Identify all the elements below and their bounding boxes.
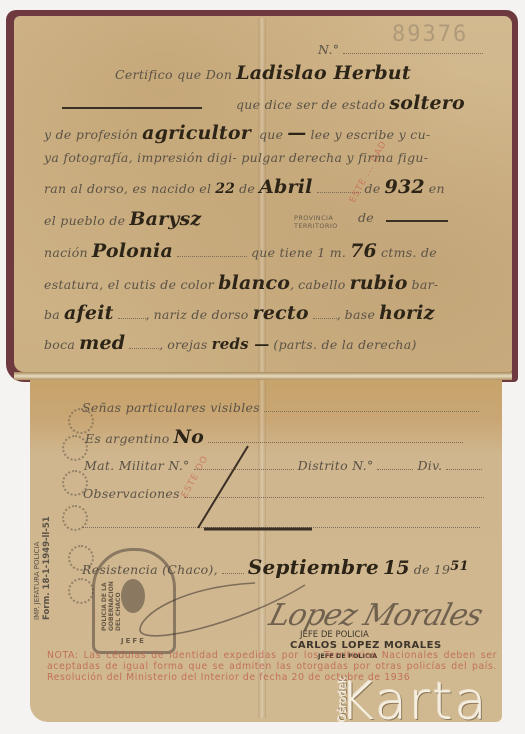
print-info: IMP. JEFATURA POLICIA Form. 18-1-1949-ll… (32, 500, 52, 620)
line-birth-date: ran al dorso, es nacido el 22 de Abril d… (44, 176, 525, 198)
strike-mark (190, 440, 320, 540)
archive-watermark: Ośrodek Karta (340, 672, 489, 732)
birthplace-value: Barysz (129, 208, 201, 230)
civil-status-value: soltero (389, 92, 465, 114)
line-name: Certifico que Don Ladislao Herbut (115, 62, 525, 84)
line-photo: ya fotografía, impresión digi- pulgar de… (44, 150, 525, 165)
line-profession: y de profesión agricultor que — lee y es… (44, 122, 525, 144)
line-beard-nose: ba afeit , nariz de dorso recto , base h… (44, 302, 525, 324)
nationality-value: Polonia (92, 240, 173, 262)
complexion-value: blanco (218, 272, 290, 294)
profession-value: agricultor (142, 122, 251, 144)
birth-year: 932 (385, 176, 425, 198)
beard-value: afeit (64, 302, 114, 324)
perforation-mark (68, 578, 94, 604)
ears-value: reds — (212, 335, 270, 353)
provincia-territorio-label: PROVINCIA TERRITORIO (294, 214, 338, 230)
watermark-big: Karta (340, 672, 489, 732)
mouth-value: med (79, 332, 125, 354)
line-nationality: nación Polonia que tiene 1 m. 76 ctms. d… (44, 240, 525, 262)
bearer-name: Ladislao Herbut (236, 62, 411, 84)
issue-day: 15 (383, 557, 410, 579)
nose-base-value: horiz (379, 302, 435, 324)
line-distinguishing-marks: Señas particulares visibles (82, 400, 525, 415)
watermark-small: Ośrodek (336, 676, 349, 722)
police-chief-signature: Lopez Morales (265, 598, 485, 633)
number-label: N.° (318, 42, 339, 57)
line-mouth-ears: boca med , orejas reds — (parts. de la d… (44, 332, 525, 354)
issue-year: 51 (450, 559, 469, 574)
height-value: 76 (350, 240, 377, 262)
nose-value: recto (253, 302, 309, 324)
signature-title: JEFE DE POLICIA (300, 630, 369, 640)
line-civil-status: que dice ser de estado soltero (62, 92, 525, 114)
birth-month: Abril (259, 176, 312, 198)
birth-day: 22 (215, 181, 235, 197)
hair-value: rubio (350, 272, 408, 294)
horizontal-fold (14, 372, 512, 380)
line-complexion-hair: estatura, el cutis de color blanco, cabe… (44, 272, 525, 294)
